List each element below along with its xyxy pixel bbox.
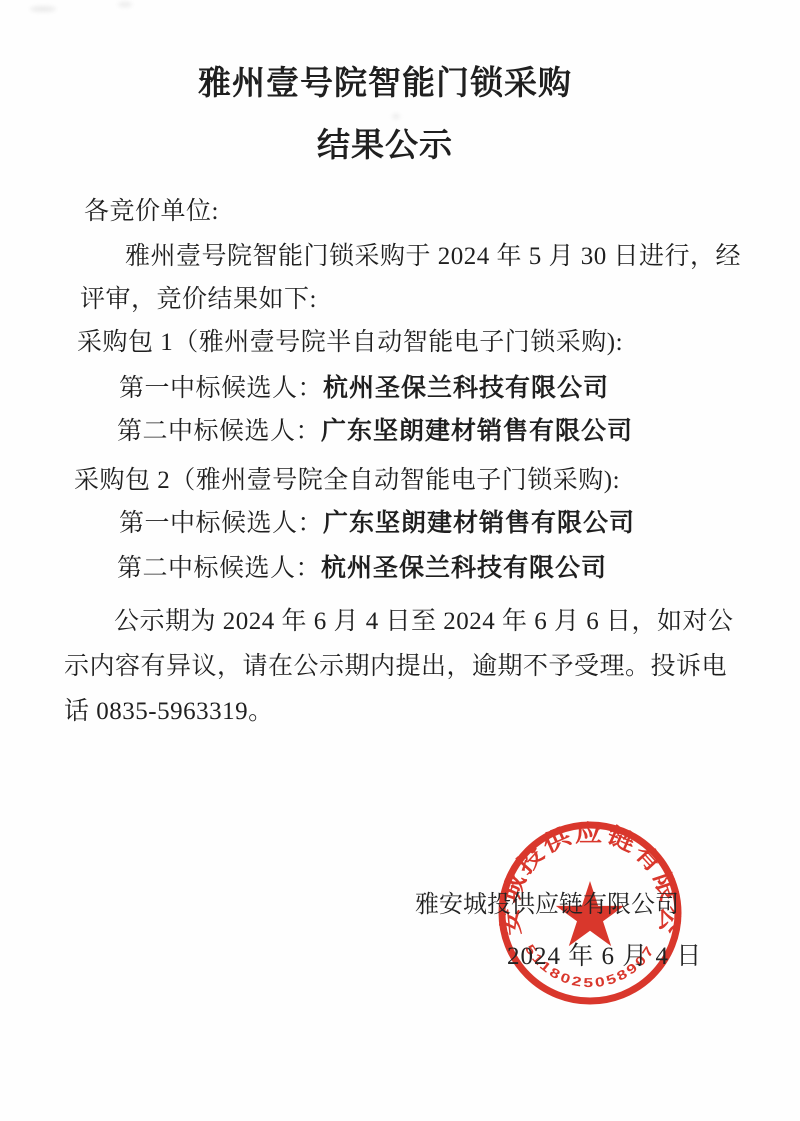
package2-second-candidate: 第二中标候选人：杭州圣保兰科技有限公司: [117, 548, 607, 584]
package2-second-company: 杭州圣保兰科技有限公司: [321, 555, 607, 582]
signature-date: 2024 年 6 月 4 日: [507, 936, 702, 972]
package2-first-candidate: 第一中标候选人：广东坚朗建材销售有限公司: [119, 503, 635, 539]
notice-paragraph-line1: 公示期为 2024 年 6 月 4 日至 2024 年 6 月 6 日，如对公: [114, 601, 734, 637]
package1-second-candidate: 第二中标候选人：广东坚朗建材销售有限公司: [117, 411, 633, 447]
package1-header: 采购包 1（雅州壹号院半自动智能电子门锁采购):: [77, 322, 623, 358]
package1-second-label: 第二中标候选人：: [117, 418, 321, 445]
document-title-line2: 结果公示: [0, 119, 770, 166]
package2-first-label: 第一中标候选人：: [119, 510, 323, 537]
scan-artifact: [118, 2, 132, 7]
package2-header: 采购包 2（雅州壹号院全自动智能电子门锁采购):: [74, 460, 620, 496]
document-title-line1: 雅州壹号院智能门锁采购: [0, 57, 770, 104]
salutation: 各竞价单位:: [84, 191, 219, 227]
package1-first-company: 杭州圣保兰科技有限公司: [323, 375, 609, 402]
package1-first-candidate: 第一中标候选人：杭州圣保兰科技有限公司: [119, 368, 609, 404]
notice-paragraph-line2: 示内容有异议，请在公示期内提出，逾期不予受理。投诉电: [64, 646, 727, 682]
scanned-announcement-page: 雅州壹号院智能门锁采购 结果公示 各竞价单位: 雅州壹号院智能门锁采购于 202…: [0, 0, 800, 1121]
package1-second-company: 广东坚朗建材销售有限公司: [321, 418, 633, 445]
intro-paragraph-line2: 评审，竞价结果如下:: [80, 279, 317, 315]
intro-paragraph-line1: 雅州壹号院智能门锁采购于 2024 年 5 月 30 日进行，经: [125, 236, 741, 272]
package2-second-label: 第二中标候选人：: [117, 555, 321, 582]
package2-first-company: 广东坚朗建材销售有限公司: [323, 510, 635, 537]
signature-company: 雅安城投供应链有限公司: [415, 884, 679, 919]
notice-paragraph-line3: 话 0835-5963319。: [64, 691, 274, 727]
package1-first-label: 第一中标候选人：: [119, 375, 323, 402]
scan-artifact: [30, 6, 56, 12]
